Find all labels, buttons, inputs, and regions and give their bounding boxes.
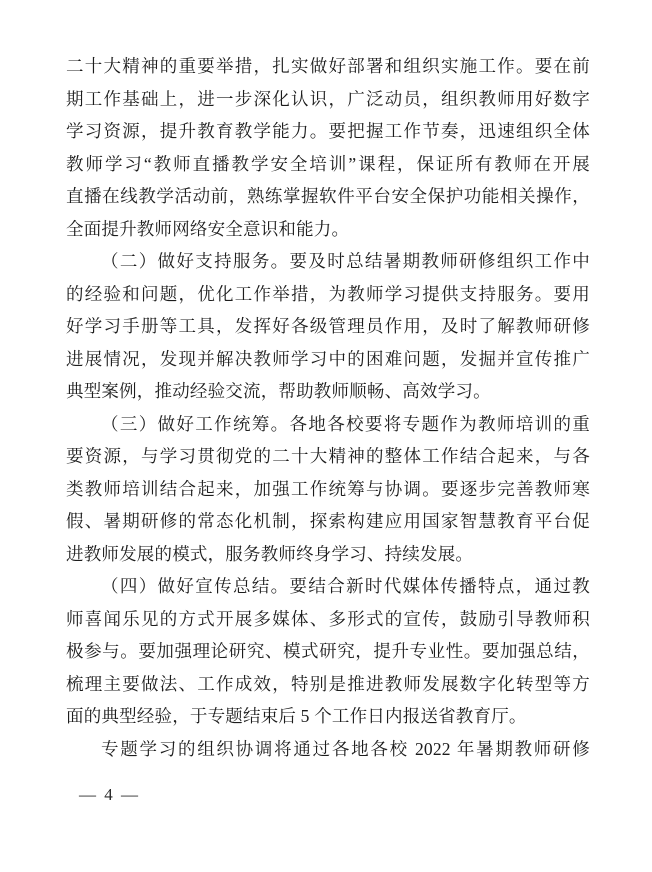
body-line: 类教师培训结合起来，加强工作统筹与协调。要逐步完善教师寒: [66, 473, 590, 506]
body-line: （三）做好工作统筹。各地各校要将专题作为教师培训的重: [66, 408, 590, 441]
body-line: 教师学习“教师直播教学安全培训”课程，保证所有教师在开展: [66, 148, 590, 181]
body-line: 进教师发展的模式，服务教师终身学习、持续发展。: [66, 538, 590, 571]
body-text: 二十大精神的重要举措，扎实做好部署和组织实施工作。要在前 期工作基础上，进一步深…: [66, 50, 590, 765]
body-line: 面的典型经验，于专题结束后 5 个工作日内报送省教育厅。: [66, 700, 590, 733]
body-line: （二）做好支持服务。要及时总结暑期教师研修组织工作中: [66, 245, 590, 278]
body-line: 全面提升教师网络安全意识和能力。: [66, 213, 590, 246]
paragraph-item-4: （四）做好宣传总结。要结合新时代媒体传播特点，通过教 师喜闻乐见的方式开展多媒体…: [66, 570, 590, 733]
body-line: 的经验和问题，优化工作举措，为教师学习提供支持服务。要用: [66, 278, 590, 311]
body-line: 期工作基础上，进一步深化认识，广泛动员，组织教师用好数字: [66, 83, 590, 116]
body-line: 要资源，与学习贯彻党的二十大精神的整体工作结合起来，与各: [66, 440, 590, 473]
paragraph-item-3: （三）做好工作统筹。各地各校要将专题作为教师培训的重 要资源，与学习贯彻党的二十…: [66, 408, 590, 571]
paragraph-closing: 专题学习的组织协调将通过各地各校 2022 年暑期教师研修: [66, 733, 590, 766]
body-line: 专题学习的组织协调将通过各地各校 2022 年暑期教师研修: [66, 733, 590, 766]
body-line: 梳理主要做法、工作成效，特别是推进教师发展数字化转型等方: [66, 668, 590, 701]
body-line: 学习资源，提升教育教学能力。要把握工作节奏，迅速组织全体: [66, 115, 590, 148]
body-line: 典型案例，推动经验交流，帮助教师顺畅、高效学习。: [66, 375, 590, 408]
body-line: 二十大精神的重要举措，扎实做好部署和组织实施工作。要在前: [66, 50, 590, 83]
page-number: — 4 —: [79, 783, 140, 807]
body-line: 好学习手册等工具，发挥好各级管理员作用，及时了解教师研修: [66, 310, 590, 343]
body-line: 极参与。要加强理论研究、模式研究，提升专业性。要加强总结，: [66, 635, 590, 668]
body-line: 假、暑期研修的常态化机制，探索构建应用国家智慧教育平台促: [66, 505, 590, 538]
paragraph-item-2: （二）做好支持服务。要及时总结暑期教师研修组织工作中 的经验和问题，优化工作举措…: [66, 245, 590, 408]
body-line: 师喜闻乐见的方式开展多媒体、多形式的宣传，鼓励引导教师积: [66, 603, 590, 636]
document-page: 二十大精神的重要举措，扎实做好部署和组织实施工作。要在前 期工作基础上，进一步深…: [0, 0, 652, 872]
body-line: （四）做好宣传总结。要结合新时代媒体传播特点，通过教: [66, 570, 590, 603]
body-line: 进展情况，发现并解决教师学习中的困难问题，发掘并宣传推广: [66, 343, 590, 376]
body-line: 直播在线教学活动前，熟练掌握软件平台安全保护功能相关操作，: [66, 180, 590, 213]
paragraph-continuation: 二十大精神的重要举措，扎实做好部署和组织实施工作。要在前 期工作基础上，进一步深…: [66, 50, 590, 245]
